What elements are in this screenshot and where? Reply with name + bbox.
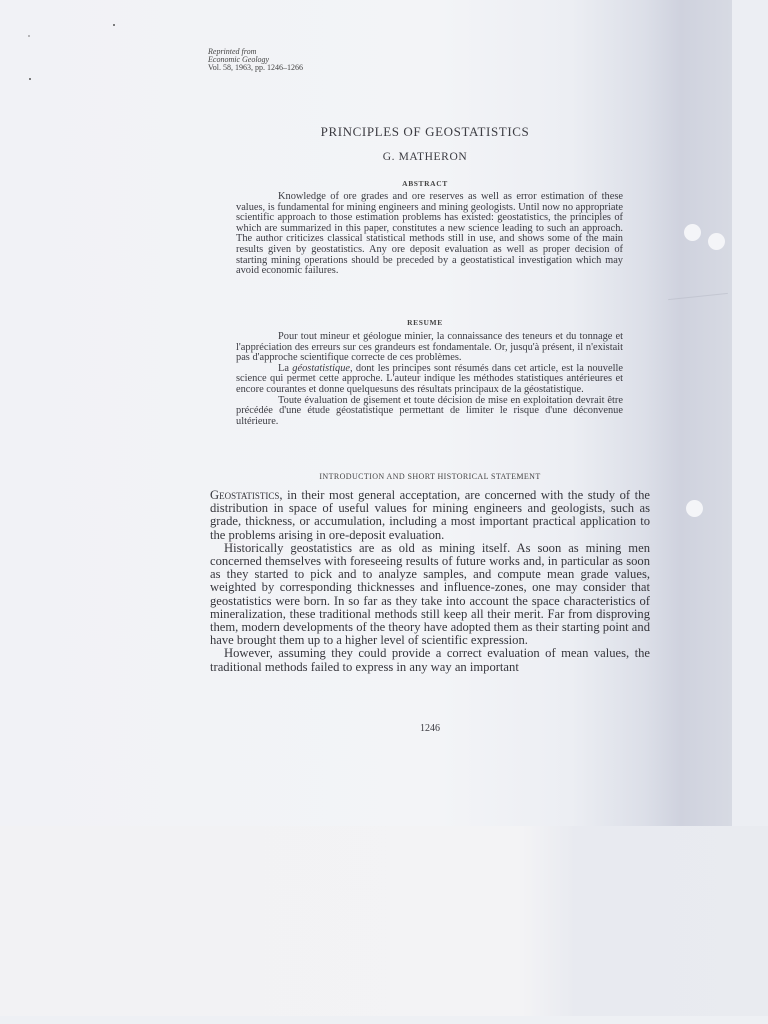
punch-hole (686, 500, 703, 517)
scan-speck (113, 24, 115, 26)
punch-hole (684, 224, 701, 241)
introduction-heading: INTRODUCTION AND SHORT HISTORICAL STATEM… (210, 472, 650, 481)
resume-paragraph-1: Pour tout mineur et géologue minier, la … (236, 332, 623, 364)
abstract-body: Knowledge of ore grades and ore reserves… (236, 192, 623, 277)
resume-p2-start: La (278, 363, 292, 374)
scan-speck (29, 78, 31, 80)
volume-pages: Vol. 58, 1963, pp. 1246–1266 (208, 64, 303, 72)
abstract-paragraph: Knowledge of ore grades and ore reserves… (236, 192, 623, 277)
resume-body: Pour tout mineur et géologue minier, la … (236, 332, 623, 427)
reprint-citation: Reprinted from Economic Geology Vol. 58,… (208, 48, 303, 72)
resume-paragraph-2: La géostatistique, dont les principes so… (236, 364, 623, 396)
resume-paragraph-3: Toute évaluation de gisement et toute dé… (236, 396, 623, 428)
abstract-heading: ABSTRACT (210, 179, 640, 188)
intro-paragraph-3: However, assuming they could provide a c… (210, 647, 650, 673)
page-number: 1246 (210, 723, 650, 734)
intro-paragraph-1: Geostatistics, in their most general acc… (210, 489, 650, 542)
punch-hole (708, 233, 725, 250)
scan-background-lower (0, 826, 768, 1016)
intro-paragraph-2: Historically geostatistics are as old as… (210, 542, 650, 648)
paper-author: G. MATHERON (210, 151, 640, 163)
scan-speck (28, 35, 30, 37)
resume-p2-italic-term: géostatistique (292, 363, 350, 374)
resume-heading: RESUME (210, 318, 640, 327)
introduction-body: Geostatistics, in their most general acc… (210, 489, 650, 674)
paper-title: PRINCIPLES OF GEOSTATISTICS (210, 124, 640, 140)
scan-background-edge (732, 0, 768, 826)
intro-lead-word: Geostatistics (210, 488, 279, 502)
